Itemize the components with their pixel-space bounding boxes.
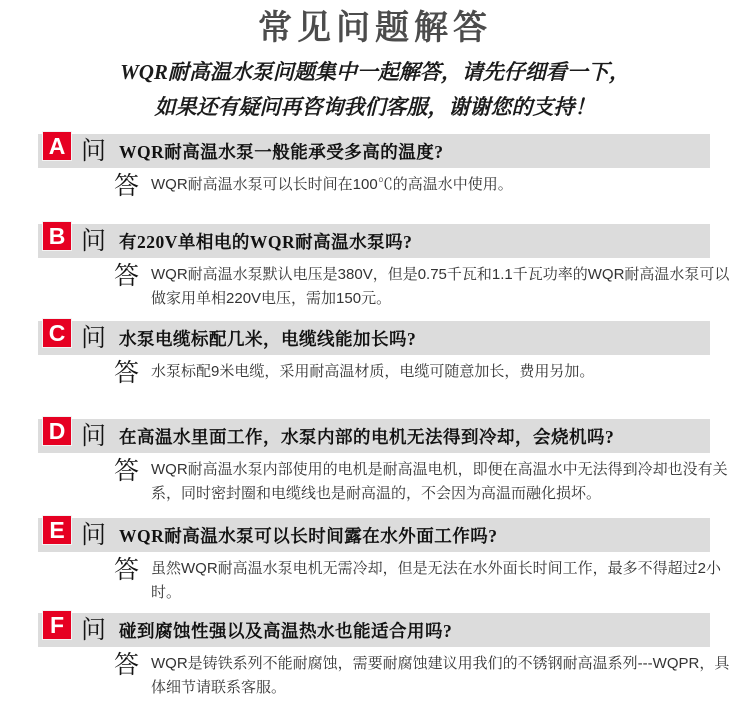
answer-label: 答 (114, 652, 139, 679)
question-label: 问 (81, 229, 106, 254)
question-bar: A 问 WQR耐高温水泵一般能承受多高的温度? (38, 134, 710, 168)
answer-row: 答 水泵标配9米电缆，采用耐高温材质，电缆可随意加长，费用另加。 (114, 360, 750, 387)
faq-item-c: C 问 水泵电缆标配几米，电缆线能加长吗? 答 水泵标配9米电缆，采用耐高温材质… (38, 321, 750, 387)
question-text: WQR耐高温水泵可以长时间露在水外面工作吗? (119, 523, 498, 548)
question-label: 问 (81, 618, 106, 643)
answer-text: 水泵标配9米电缆，采用耐高温材质，电缆可随意加长，费用另加。 (151, 360, 739, 384)
answer-text: WQR耐高温水泵默认电压是380V，但是0.75千瓦和1.1千瓦功率的WQR耐高… (151, 263, 739, 311)
answer-text: WQR耐高温水泵内部使用的电机是耐高温电机，即便在高温水中无法得到冷却也没有关系… (151, 458, 739, 506)
answer-label: 答 (114, 458, 139, 485)
letter-badge-b: B (42, 221, 72, 251)
page-title: 常见问题解答 (0, 0, 750, 52)
question-bar: C 问 水泵电缆标配几米，电缆线能加长吗? (38, 321, 710, 355)
faq-list: A 问 WQR耐高温水泵一般能承受多高的温度? 答 WQR耐高温水泵可以长时间在… (0, 134, 750, 700)
answer-label: 答 (114, 360, 139, 387)
answer-text: WQR耐高温水泵可以长时间在100℃的高温水中使用。 (151, 173, 739, 197)
letter-badge-a: A (42, 131, 72, 161)
answer-text: 虽然WQR耐高温水泵电机无需冷却，但是无法在水外面长时间工作，最多不得超过2小时… (151, 557, 739, 605)
page-subtitle-line-2: 如果还有疑问再咨询我们客服，谢谢您的支持！ (0, 92, 750, 122)
answer-row: 答 WQR耐高温水泵内部使用的电机是耐高温电机，即便在高温水中无法得到冷却也没有… (114, 458, 750, 506)
page-subtitle-line-1: WQR耐高温水泵问题集中一起解答，请先仔细看一下， (0, 57, 750, 87)
answer-row: 答 虽然WQR耐高温水泵电机无需冷却，但是无法在水外面长时间工作，最多不得超过2… (114, 557, 750, 605)
answer-label: 答 (114, 263, 139, 290)
letter-badge-e: E (42, 515, 72, 545)
question-label: 问 (81, 424, 106, 449)
faq-item-b: B 问 有220V单相电的WQR耐高温水泵吗? 答 WQR耐高温水泵默认电压是3… (38, 224, 750, 311)
question-bar: F 问 碰到腐蚀性强以及高温热水也能适合用吗? (38, 613, 710, 647)
faq-item-f: F 问 碰到腐蚀性强以及高温热水也能适合用吗? 答 WQR是铸铁系列不能耐腐蚀，… (38, 613, 750, 700)
answer-label: 答 (114, 173, 139, 200)
question-bar: E 问 WQR耐高温水泵可以长时间露在水外面工作吗? (38, 518, 710, 552)
answer-row: 答 WQR耐高温水泵可以长时间在100℃的高温水中使用。 (114, 173, 750, 200)
answer-label: 答 (114, 557, 139, 584)
letter-badge-c: C (42, 318, 72, 348)
faq-page: { "header": { "title": "常见问题解答", "subtit… (0, 0, 750, 701)
question-text: 在高温水里面工作，水泵内部的电机无法得到冷却，会烧机吗? (119, 424, 614, 449)
faq-item-a: A 问 WQR耐高温水泵一般能承受多高的温度? 答 WQR耐高温水泵可以长时间在… (38, 134, 750, 200)
question-text: 碰到腐蚀性强以及高温热水也能适合用吗? (119, 618, 452, 643)
question-text: 水泵电缆标配几米，电缆线能加长吗? (119, 326, 416, 351)
faq-item-d: D 问 在高温水里面工作，水泵内部的电机无法得到冷却，会烧机吗? 答 WQR耐高… (38, 419, 750, 506)
question-label: 问 (81, 326, 106, 351)
question-text: 有220V单相电的WQR耐高温水泵吗? (119, 229, 412, 254)
question-label: 问 (81, 139, 106, 164)
question-bar: B 问 有220V单相电的WQR耐高温水泵吗? (38, 224, 710, 258)
question-label: 问 (81, 523, 106, 548)
question-bar: D 问 在高温水里面工作，水泵内部的电机无法得到冷却，会烧机吗? (38, 419, 710, 453)
answer-row: 答 WQR是铸铁系列不能耐腐蚀，需要耐腐蚀建议用我们的不锈钢耐高温系列---WQ… (114, 652, 750, 700)
letter-badge-d: D (42, 416, 72, 446)
answer-row: 答 WQR耐高温水泵默认电压是380V，但是0.75千瓦和1.1千瓦功率的WQR… (114, 263, 750, 311)
answer-text: WQR是铸铁系列不能耐腐蚀，需要耐腐蚀建议用我们的不锈钢耐高温系列---WQPR… (151, 652, 739, 700)
faq-item-e: E 问 WQR耐高温水泵可以长时间露在水外面工作吗? 答 虽然WQR耐高温水泵电… (38, 518, 750, 605)
question-text: WQR耐高温水泵一般能承受多高的温度? (119, 139, 444, 164)
letter-badge-f: F (42, 610, 72, 640)
